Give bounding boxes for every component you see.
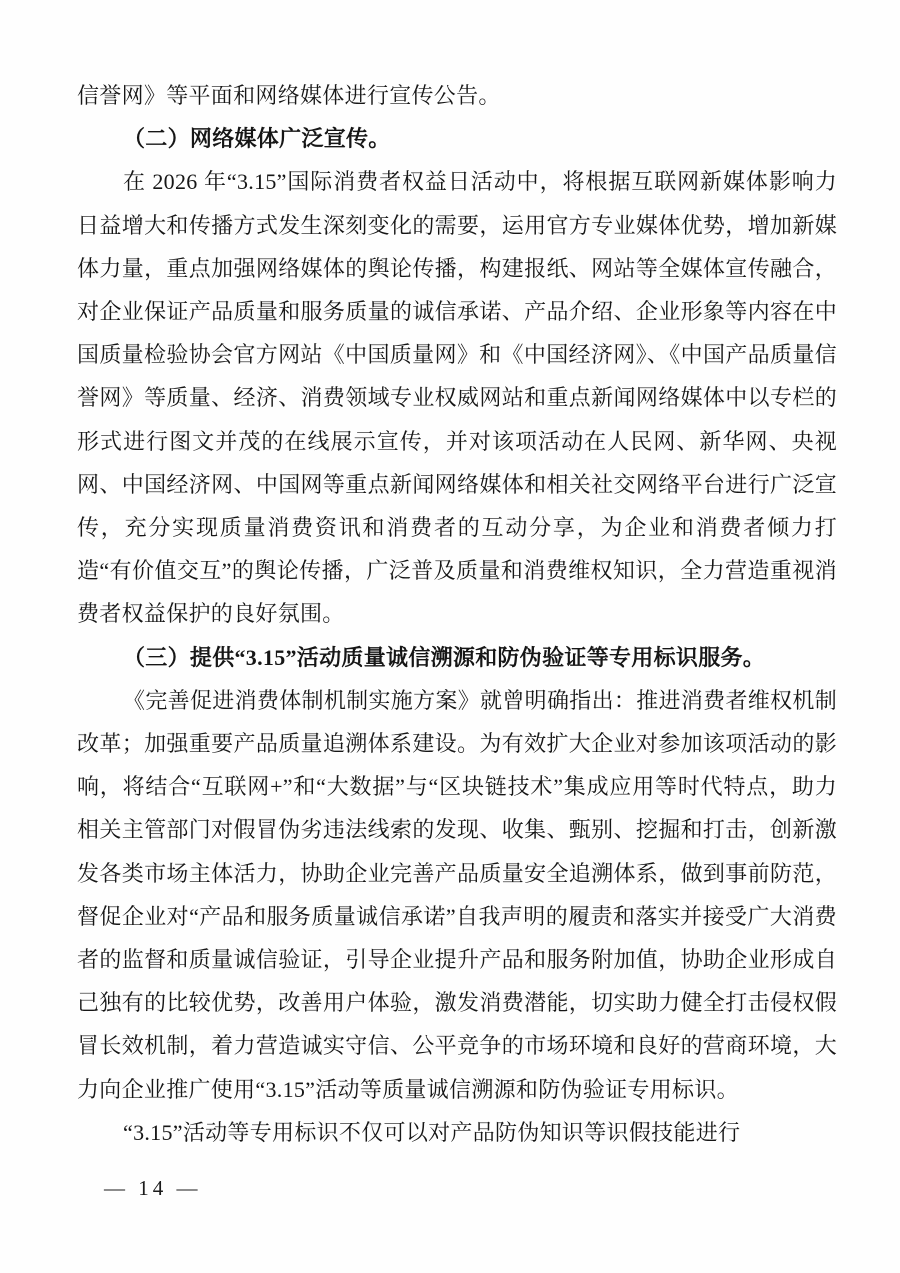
paragraph-315-label: “3.15”活动等专用标识不仅可以对产品防伪知识等识假技能进行	[77, 1111, 837, 1154]
document-page: 信誉网》等平面和网络媒体进行宣传公告。 （二）网络媒体广泛宣传。 在 2026 …	[0, 0, 900, 1273]
paragraph-network-media: 在 2026 年“3.15”国际消费者权益日活动中，将根据互联网新媒体影响力日益…	[77, 160, 837, 635]
document-body: 信誉网》等平面和网络媒体进行宣传公告。 （二）网络媒体广泛宣传。 在 2026 …	[77, 74, 837, 1154]
paragraph-continuation: 信誉网》等平面和网络媒体进行宣传公告。	[77, 74, 837, 117]
section-heading-2: （二）网络媒体广泛宣传。	[77, 117, 837, 160]
paragraph-traceability: 《完善促进消费体制机制实施方案》就曾明确指出：推进消费者维权机制改革；加强重要产…	[77, 679, 837, 1111]
page-number: — 14 —	[104, 1176, 202, 1201]
section-heading-3: （三）提供“3.15”活动质量诚信溯源和防伪验证等专用标识服务。	[77, 636, 837, 679]
